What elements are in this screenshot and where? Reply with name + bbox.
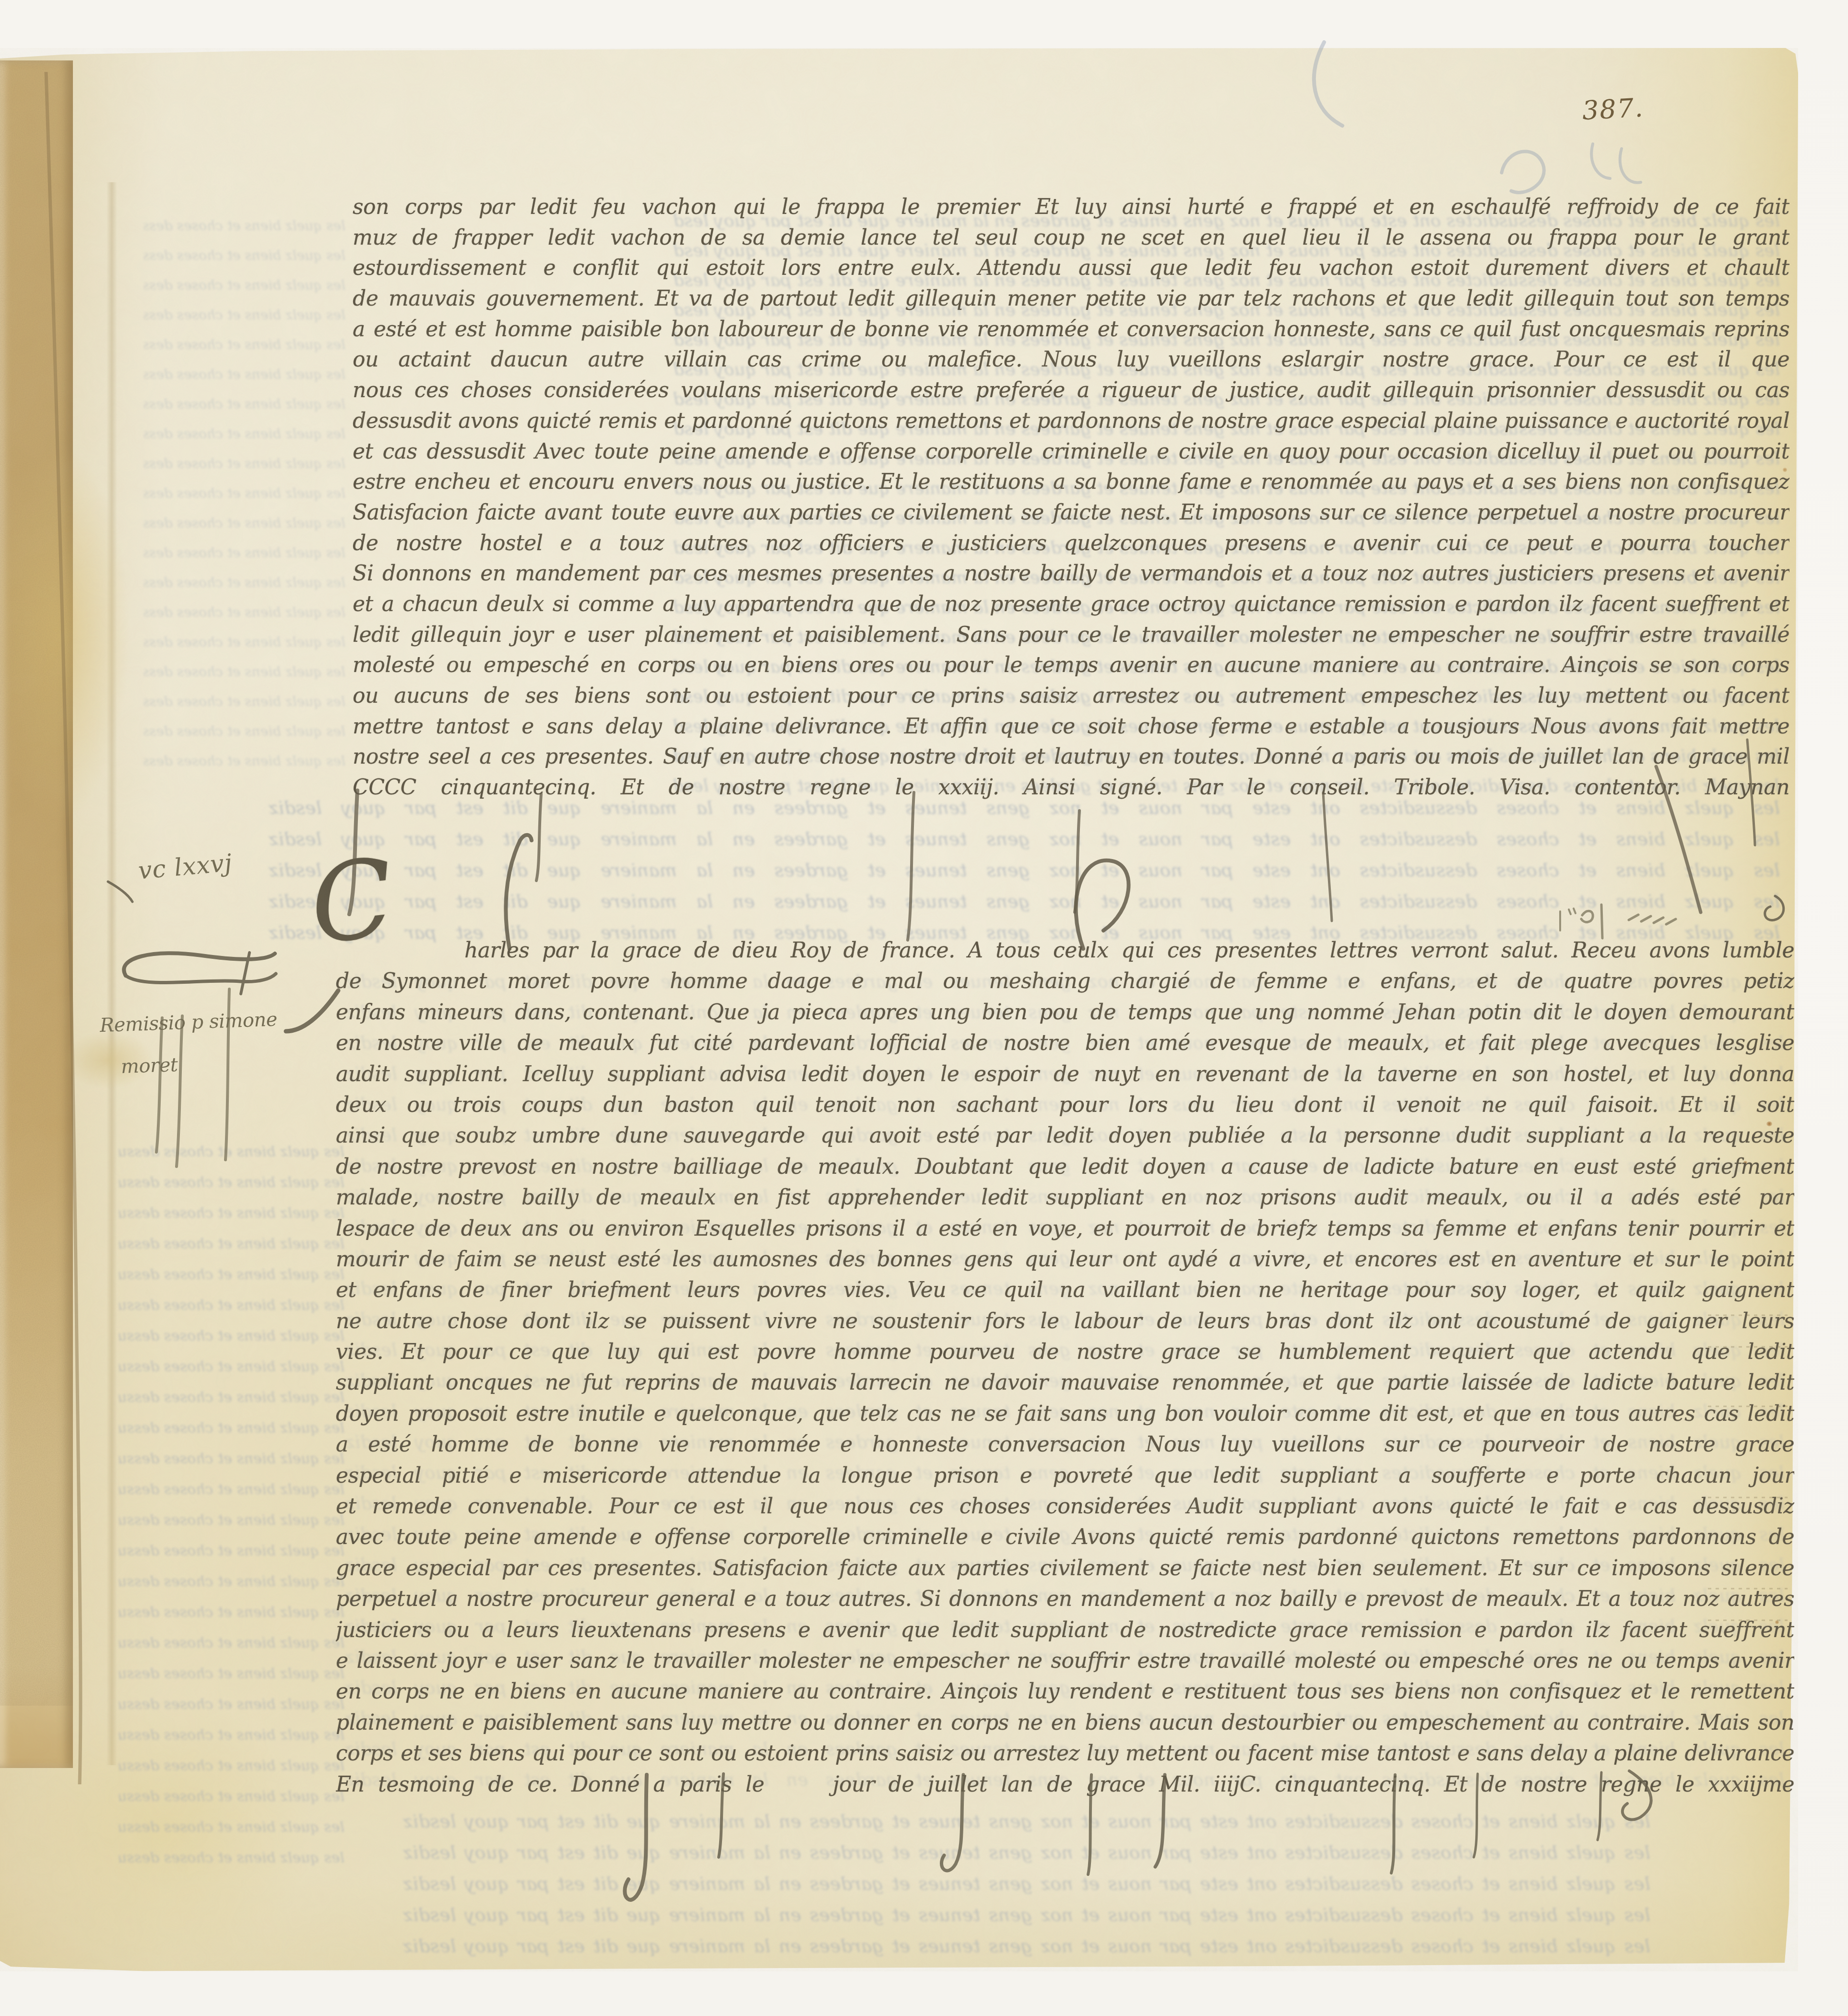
manuscript-line: de mauvais gouvernement. Et va de partou…	[353, 283, 1789, 314]
manuscript-line: Satisfacion faicte avant toute euvre aux…	[353, 497, 1789, 528]
manuscript-line: et enfans de finer briefment leurs povre…	[336, 1275, 1794, 1306]
scanned-manuscript-photo: { "page": { "folio_number": "387.", "mar…	[0, 0, 1848, 2016]
gutter-fold-ridge	[107, 182, 117, 1765]
binding-edge	[0, 60, 73, 1768]
manuscript-line: suppliant oncques ne fut reprins de mauv…	[336, 1368, 1794, 1398]
manuscript-line: dessusdit avons quicté remis et pardonné…	[353, 406, 1789, 436]
manuscript-line: grace especial par ces presentes. Satisf…	[336, 1553, 1794, 1584]
manuscript-line: ne autre chose dont ilz se puissent vivr…	[336, 1306, 1794, 1337]
manuscript-line: CCCC cinquantecinq. Et de nostre regne l…	[353, 772, 1789, 803]
manuscript-line: son corps par ledit feu vachon qui le fr…	[353, 192, 1789, 223]
manuscript-line: justiciers ou a leurs lieuxtenans presen…	[336, 1615, 1794, 1646]
manuscript-line: et remede convenable. Pour ce est il que…	[336, 1491, 1794, 1522]
manuscript-line: perpetuel a nostre procureur general e a…	[336, 1584, 1794, 1615]
manuscript-line: molesté ou empesché en corps ou en biens…	[353, 650, 1789, 681]
manuscript-line: avec toute peine amende e offense corpor…	[336, 1522, 1794, 1553]
letter-one-text: son corps par ledit feu vachon qui le fr…	[353, 192, 1789, 805]
manuscript-line: a esté et est homme paisible bon laboure…	[353, 314, 1789, 345]
folio-number: 387.	[1581, 93, 1644, 126]
manuscript-line: estourdissement e conflit qui estoit lor…	[353, 253, 1789, 283]
manuscript-line: nostre seel a ces presentes. Sauf en aut…	[353, 742, 1789, 772]
manuscript-line: harles par la grace de dieu Roy de franc…	[336, 935, 1794, 966]
manuscript-line: muz de frapper ledit vachon de sa demie …	[353, 223, 1789, 253]
manuscript-line: estre encheu et encouru envers nous ou j…	[353, 467, 1789, 497]
manuscript-line: mourir de faim se neust esté les aumosne…	[336, 1244, 1794, 1275]
manuscript-line: plainement e paisiblement sans luy mettr…	[336, 1708, 1794, 1738]
manuscript-line: lespace de deux ans ou environ Esquelles…	[336, 1214, 1794, 1244]
manuscript-line: et a chacun deulx si comme a luy apparte…	[353, 589, 1789, 620]
manuscript-line: malade, nostre bailly de meaulx en fist …	[336, 1182, 1794, 1213]
manuscript-line: de Symonnet moret povre homme daage e ma…	[336, 966, 1794, 997]
manuscript-line: especial pitié e misericorde attendue la…	[336, 1461, 1794, 1491]
manuscript-line: enfans mineurs dans, contenant. Que ja p…	[336, 997, 1794, 1028]
manuscript-line: ou actaint daucun autre villain cas crim…	[353, 344, 1789, 375]
manuscript-line: ledit gillequin joyr e user plainement e…	[353, 620, 1789, 650]
manuscript-line: audit suppliant. Icelluy suppliant advis…	[336, 1059, 1794, 1090]
manuscript-line: et cas dessusdit Avec toute peine amende…	[353, 436, 1789, 467]
manuscript-line: en corps ne en biens en aucune maniere a…	[336, 1676, 1794, 1707]
manuscript-line: En tesmoing de ce. Donné a paris le jour…	[336, 1769, 1794, 1800]
manuscript-line: ou aucuns de ses biens sont ou estoient …	[353, 681, 1789, 711]
manuscript-line: corps et ses biens qui pour ce sont ou e…	[336, 1738, 1794, 1769]
manuscript-line: deux ou trois coups dun baston quil teno…	[336, 1090, 1794, 1120]
manuscript-line: a esté homme de bonne vie renommée e hon…	[336, 1429, 1794, 1460]
manuscript-line: de nostre prevost en nostre bailliage de…	[336, 1152, 1794, 1182]
letter-two-text: harles par la grace de dieu Roy de franc…	[336, 935, 1794, 1802]
manuscript-line: vies. Et pour ce que luy qui est povre h…	[336, 1337, 1794, 1368]
manuscript-line: mettre tantost e sans delay a plaine del…	[353, 711, 1789, 742]
manuscript-line: Si donnons en mandement par ces mesmes p…	[353, 558, 1789, 589]
manuscript-line: e laissent joyr e user sanz le travaille…	[336, 1646, 1794, 1676]
manuscript-line: doyen proposoit estre inutile e quelconq…	[336, 1399, 1794, 1429]
manuscript-line: en nostre ville de meaulx fut cité parde…	[336, 1028, 1794, 1059]
manuscript-line: nous ces choses considerées voulans mise…	[353, 375, 1789, 406]
manuscript-line: ainsi que soubz umbre dune sauvegarde qu…	[336, 1120, 1794, 1151]
manuscript-line: de nostre hostel e a touz autres noz off…	[353, 528, 1789, 559]
